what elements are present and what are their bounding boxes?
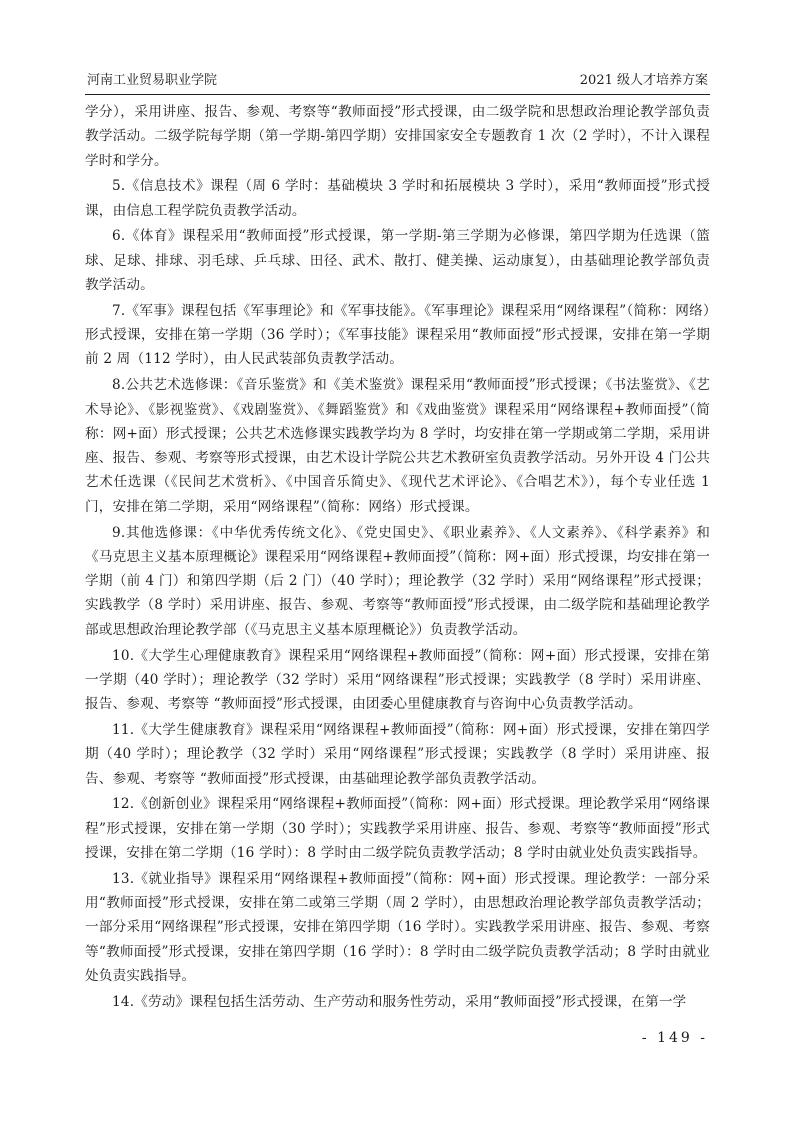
paragraph-item-8: 8.公共艺术选修课：《音乐鉴赏》和《美术鉴赏》课程采用“教师面授”形式授课；《书… [85,373,710,519]
header-document-title: 2021 级人才培养方案 [580,72,708,90]
header-institution: 河南工业贸易职业学院 [87,72,217,90]
paragraph: 学分），采用讲座、报告、参观、考察等“教师面授”形式授课，由二级学院和思想政治理… [85,100,710,173]
paragraph-item-6: 6.《体育》课程采用“教师面授”形式授课，第一学期-第三学期为必修课，第四学期为… [85,224,710,297]
paragraph-item-13: 13.《就业指导》课程采用“网络课程+教师面授”（简称：网+面）形式授课。理论教… [85,867,710,988]
paragraph-item-7: 7.《军事》课程包括《军事理论》和《军事技能》。《军事理论》课程采用“网络课程”… [85,299,710,372]
paragraph-item-14: 14.《劳动》课程包括生活劳动、生产劳动和服务性劳动，采用“教师面授”形式授课，… [85,990,710,1014]
paragraph-item-9: 9.其他选修课：《中华优秀传统文化》、《党史国史》、《职业素养》、《人文素养》、… [85,521,710,642]
paragraph-item-5: 5.《信息技术》课程（周 6 学时：基础模块 3 学时和拓展模块 3 学时），采… [85,174,710,223]
paragraph-item-10: 10.《大学生心理健康教育》课程采用“网络课程+教师面授”（简称：网+面）形式授… [85,644,710,717]
paragraph-item-11: 11.《大学生健康教育》课程采用“网络课程+教师面授”（简称：网+面）形式授课，… [85,718,710,791]
page-number: - 149 - [642,1030,708,1046]
body-content: 学分），采用讲座、报告、参观、考察等“教师面授”形式授课，由二级学院和思想政治理… [85,100,710,1015]
page-header: 河南工业贸易职业学院 2021 级人才培养方案 [85,72,710,95]
paragraph-item-12: 12.《创新创业》课程采用“网络课程+教师面授”（简称：网+面）形式授课。理论教… [85,792,710,865]
